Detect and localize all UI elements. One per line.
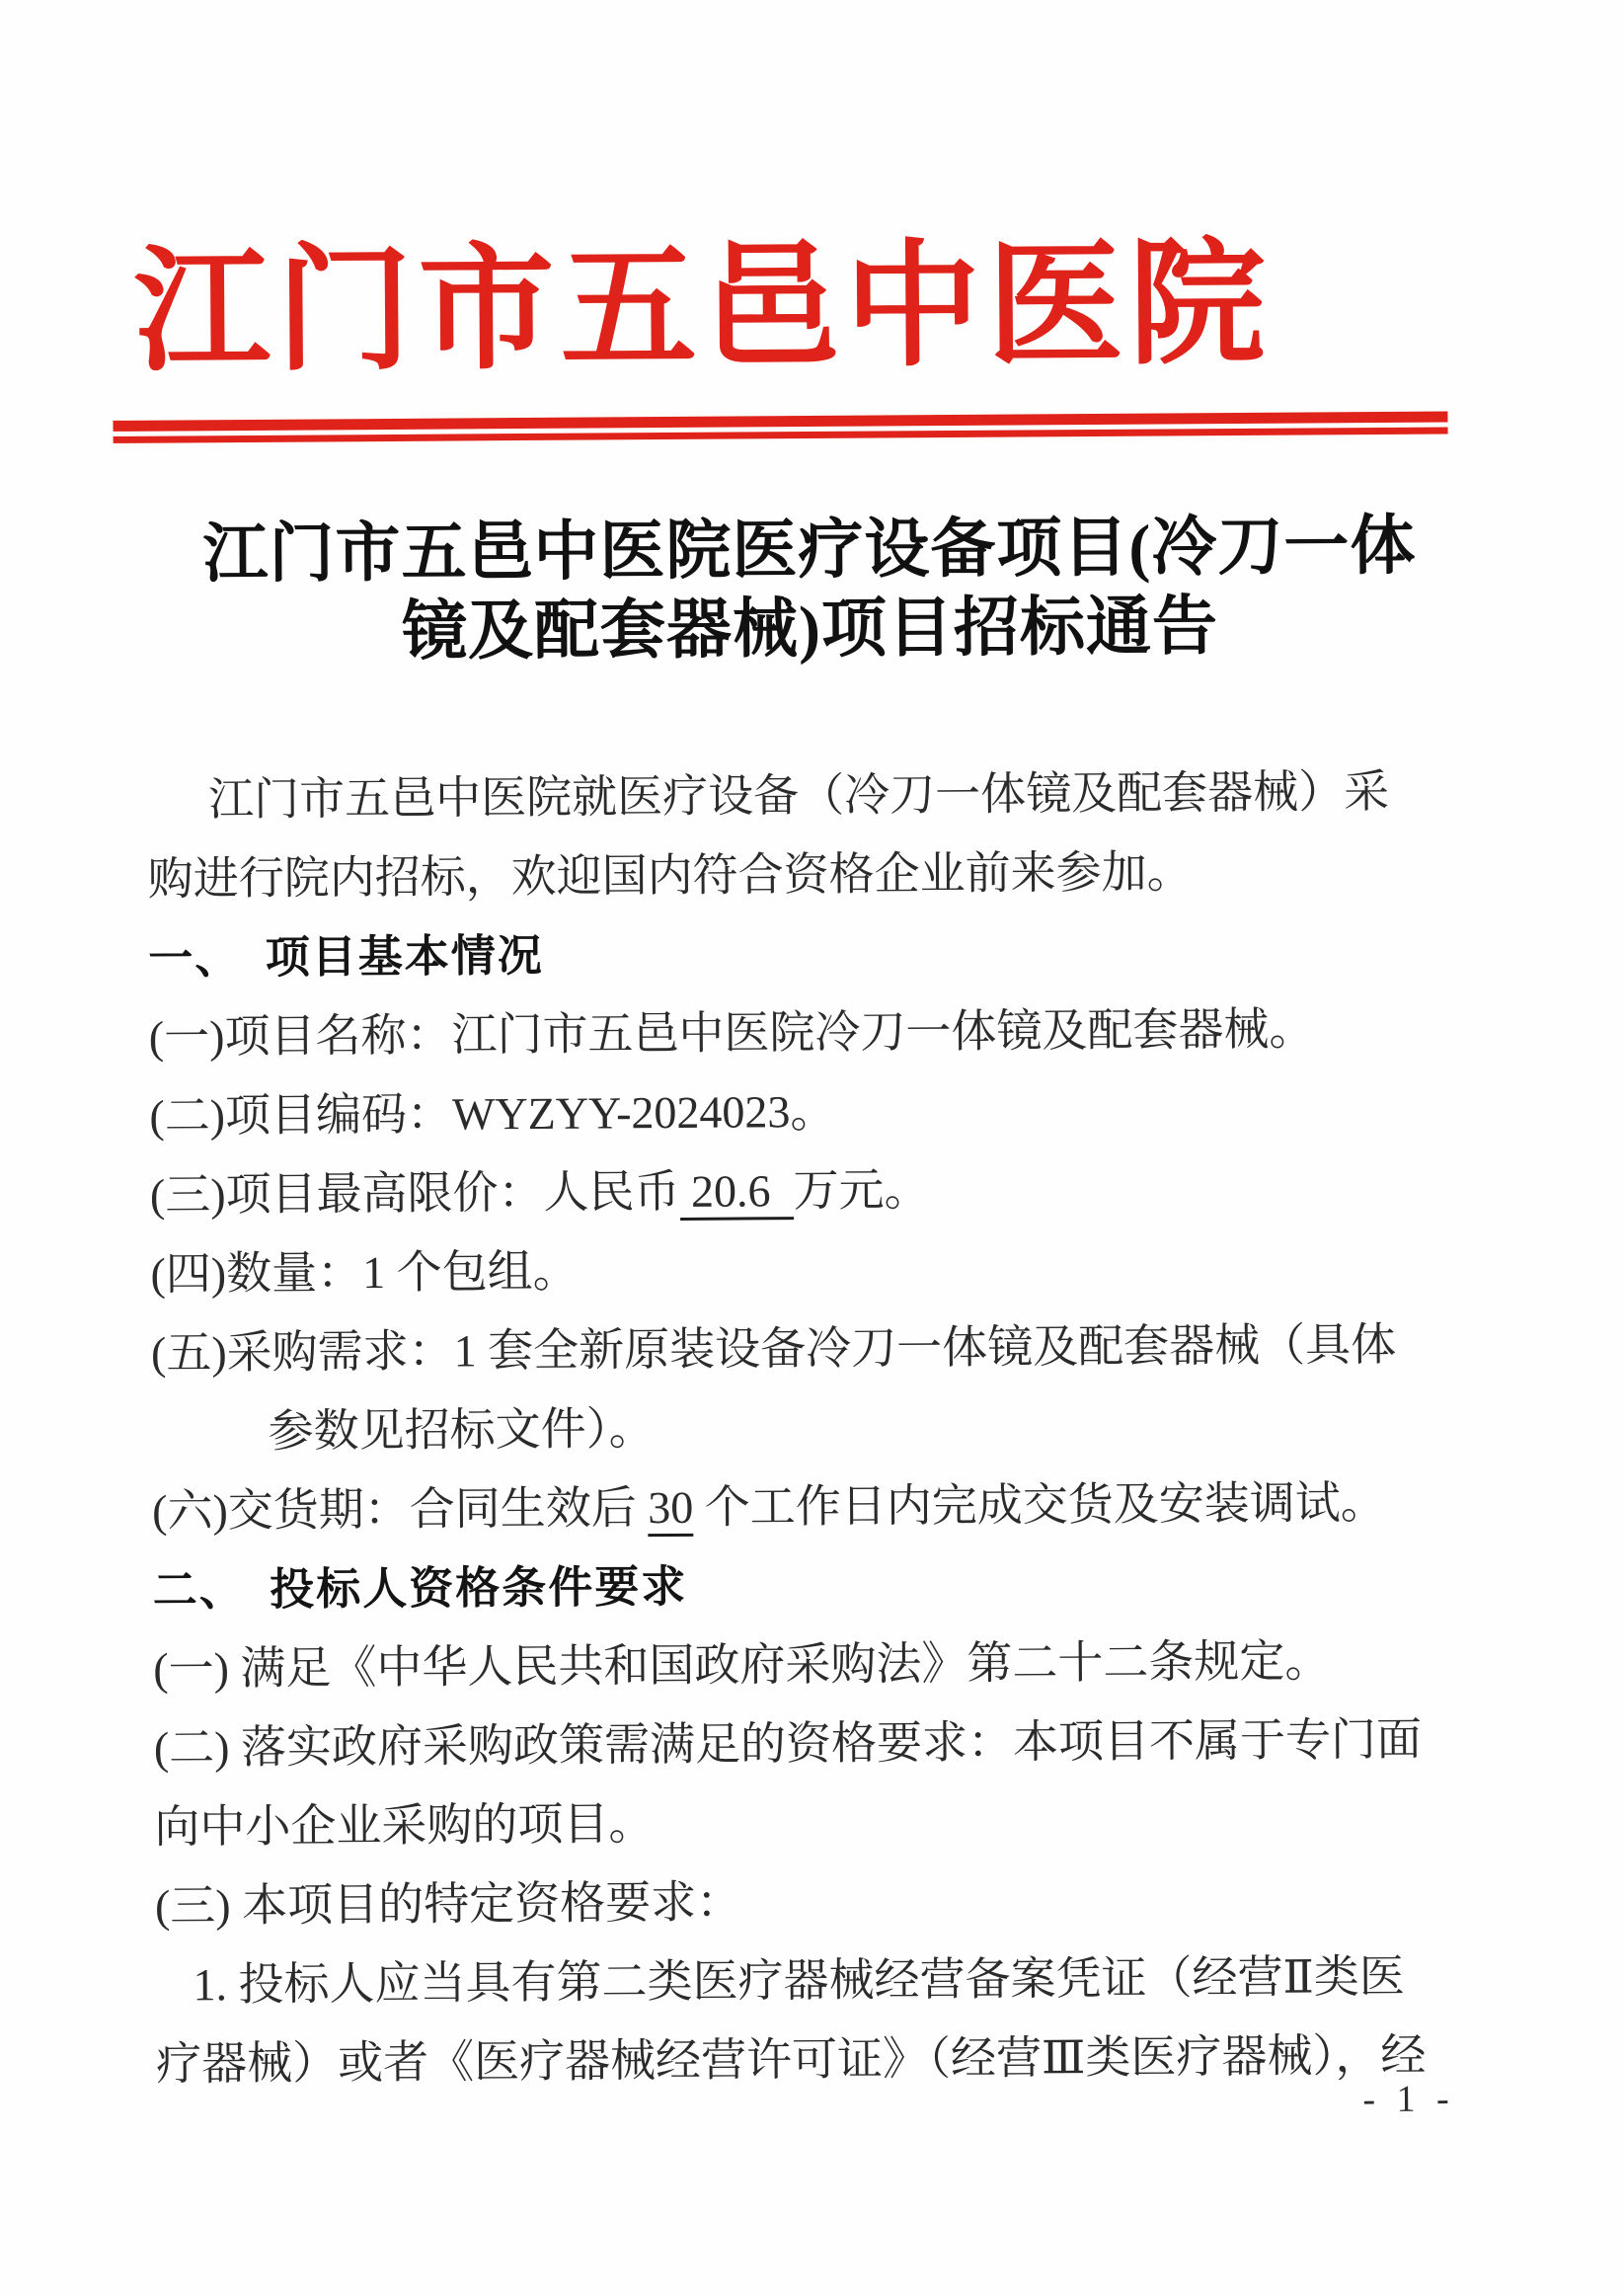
text-segment: (一) 满足《中华人民共和国政府采购法》第二十二条规定。 bbox=[153, 1635, 1330, 1694]
max-price-value: 20.6 bbox=[679, 1165, 793, 1221]
text-segment: 个工作日内完成交货及安装调试。 bbox=[693, 1477, 1386, 1533]
text-segment: 二、 投标人资格条件要求 bbox=[153, 1561, 688, 1616]
qualification-item-1: (一) 满足《中华人民共和国政府采购法》第二十二条规定。 bbox=[153, 1621, 1528, 1709]
document-title-line-2: 镜及配套器械)项目招标通告 bbox=[0, 585, 1622, 674]
text-segment: 江门市五邑中医院就医疗设备（冷刀一体镜及配套器械）采 bbox=[208, 766, 1389, 825]
scanned-document-page: 江门市五邑中医院 江门市五邑中医院医疗设备项目(冷刀一体 镜及配套器械)项目招标… bbox=[0, 0, 1624, 2294]
qualification-item-3-sub-1-line-1: 1. 投标人应当具有第二类医疗器械经营备案凭证（经营Ⅱ类医 bbox=[155, 1937, 1530, 2025]
text-segment: (三) 本项目的特定资格要求： bbox=[155, 1877, 741, 1932]
qualification-item-2-line-1: (二) 落实政府采购政策需满足的资格要求：本项目不属于专门面 bbox=[154, 1700, 1529, 1788]
delivery-days-value: 30 bbox=[648, 1482, 693, 1537]
letterhead-double-rule bbox=[113, 411, 1447, 442]
page-number: - 1 - bbox=[1362, 2077, 1455, 2121]
text-segment: 购进行院内招标，欢迎国内符合资格企业前来参加。 bbox=[148, 846, 1193, 904]
qualification-item-2-line-2: 向中小企业采购的项目。 bbox=[154, 1779, 1529, 1867]
text-segment: 疗器械）或者《医疗器械经营许可证》（经营Ⅲ类医疗器械），经 bbox=[156, 2030, 1427, 2090]
text-segment: 1. 投标人应当具有第二类医疗器械经营备案凭证（经营Ⅱ类医 bbox=[193, 1951, 1405, 2011]
item-procurement-demand-1: (五)采购需求：1 套全新原装设备冷刀一体镜及配套器械（具体 bbox=[151, 1305, 1526, 1393]
text-segment: 一、 项目基本情况 bbox=[148, 930, 544, 984]
intro-line-2: 购进行院内招标，欢迎国内符合资格企业前来参加。 bbox=[147, 831, 1522, 919]
document-title: 江门市五邑中医院医疗设备项目(冷刀一体 镜及配套器械)项目招标通告 bbox=[0, 506, 1622, 674]
text-segment: 万元。 bbox=[793, 1164, 929, 1216]
text-segment: (三)项目最高限价：人民币 bbox=[150, 1166, 680, 1221]
section-2-heading: 二、 投标人资格条件要求 bbox=[152, 1542, 1527, 1630]
text-segment: (五)采购需求：1 套全新原装设备冷刀一体镜及配套器械（具体 bbox=[151, 1319, 1396, 1379]
text-segment: 向中小企业采购的项目。 bbox=[154, 1798, 654, 1853]
section-1-heading: 一、 项目基本情况 bbox=[148, 910, 1523, 998]
document-title-line-1: 江门市五邑中医院医疗设备项目(冷刀一体 bbox=[0, 506, 1622, 595]
letterhead-org-name: 江门市五邑中医院 bbox=[133, 226, 1279, 392]
text-segment: (一)项目名称：江门市五邑中医院冷刀一体镜及配套器械。 bbox=[149, 1003, 1315, 1062]
qualification-item-3: (三) 本项目的特定资格要求： bbox=[155, 1858, 1530, 1946]
text-segment: (二)项目编码：WYZYY-2024023。 bbox=[149, 1086, 835, 1142]
document-content: 江门市五邑中医院 江门市五邑中医院医疗设备项目(冷刀一体 镜及配套器械)项目招标… bbox=[0, 0, 1624, 2294]
intro-line-1: 江门市五邑中医院就医疗设备（冷刀一体镜及配套器械）采 bbox=[147, 751, 1522, 840]
text-segment: (二) 落实政府采购政策需满足的资格要求：本项目不属于专门面 bbox=[154, 1714, 1422, 1774]
item-delivery-period: (六)交货期：合同生效后 30 个工作日内完成交货及安装调试。 bbox=[152, 1463, 1527, 1551]
qualification-item-3-sub-1-line-2: 疗器械）或者《医疗器械经营许可证》（经营Ⅲ类医疗器械），经 bbox=[156, 2016, 1531, 2104]
text-segment: (六)交货期：合同生效后 bbox=[152, 1482, 648, 1537]
item-project-name: (一)项目名称：江门市五邑中医院冷刀一体镜及配套器械。 bbox=[149, 989, 1524, 1077]
item-max-price: (三)项目最高限价：人民币 20.6 万元。 bbox=[150, 1147, 1525, 1235]
text-segment: 参数见招标文件）。 bbox=[268, 1403, 654, 1457]
item-quantity: (四)数量：1 个包组。 bbox=[150, 1226, 1525, 1314]
body-lines: 江门市五邑中医院就医疗设备（冷刀一体镜及配套器械）采购进行院内招标，欢迎国内符合… bbox=[147, 751, 1530, 2104]
item-procurement-demand-2: 参数见招标文件）。 bbox=[151, 1384, 1526, 1472]
text-segment: (四)数量：1 个包组。 bbox=[150, 1246, 578, 1300]
item-project-code: (二)项目编码：WYZYY-2024023。 bbox=[149, 1068, 1524, 1156]
